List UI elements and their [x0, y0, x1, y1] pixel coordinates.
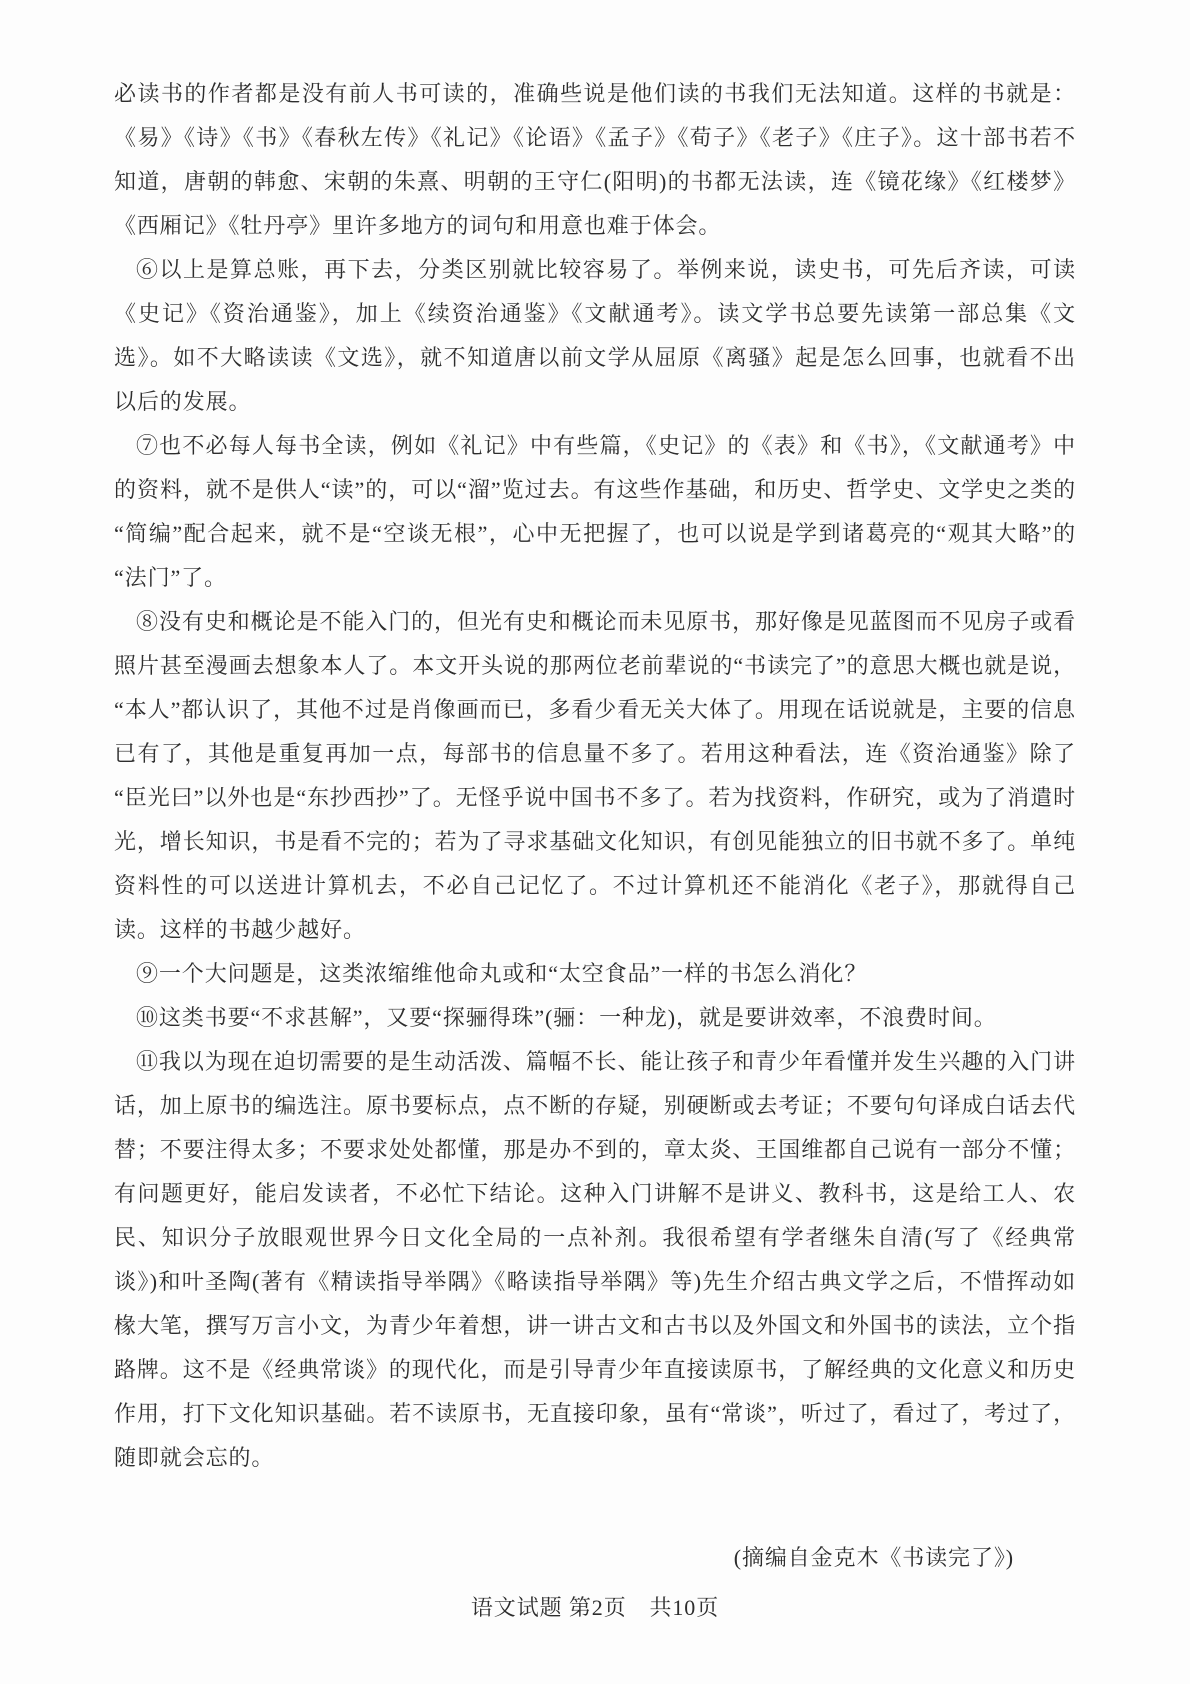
- body-paragraph-8: ⑧没有史和概论是不能入门的，但光有史和概论而未见原书，那好像是见蓝图而不见房子或…: [114, 600, 1076, 952]
- page-footer: 语文试题 第2页 共10页: [114, 1586, 1076, 1630]
- body-paragraph-continuation: 必读书的作者都是没有前人书可读的，准确些说是他们读的书我们无法知道。这样的书就是…: [114, 72, 1076, 248]
- body-paragraph-11: ⑪我以为现在迫切需要的是生动活泼、篇幅不长、能让孩子和青少年看懂并发生兴趣的入门…: [114, 1040, 1076, 1480]
- body-paragraph-6: ⑥以上是算总账，再下去，分类区别就比较容易了。举例来说，读史书，可先后齐读，可读…: [114, 248, 1076, 424]
- source-attribution: (摘编自金克木《书读完了》): [114, 1536, 1076, 1580]
- body-paragraph-9: ⑨一个大问题是，这类浓缩维他命丸或和“太空食品”一样的书怎么消化？: [114, 952, 1076, 996]
- body-paragraph-7: ⑦也不必每人每书全读，例如《礼记》中有些篇，《史记》的《表》和《书》，《文献通考…: [114, 424, 1076, 600]
- exam-paper-page: 必读书的作者都是没有前人书可读的，准确些说是他们读的书我们无法知道。这样的书就是…: [0, 0, 1190, 1684]
- body-paragraph-10: ⑩这类书要“不求甚解”，又要“探骊得珠”(骊：一种龙)，就是要讲效率，不浪费时间…: [114, 996, 1076, 1040]
